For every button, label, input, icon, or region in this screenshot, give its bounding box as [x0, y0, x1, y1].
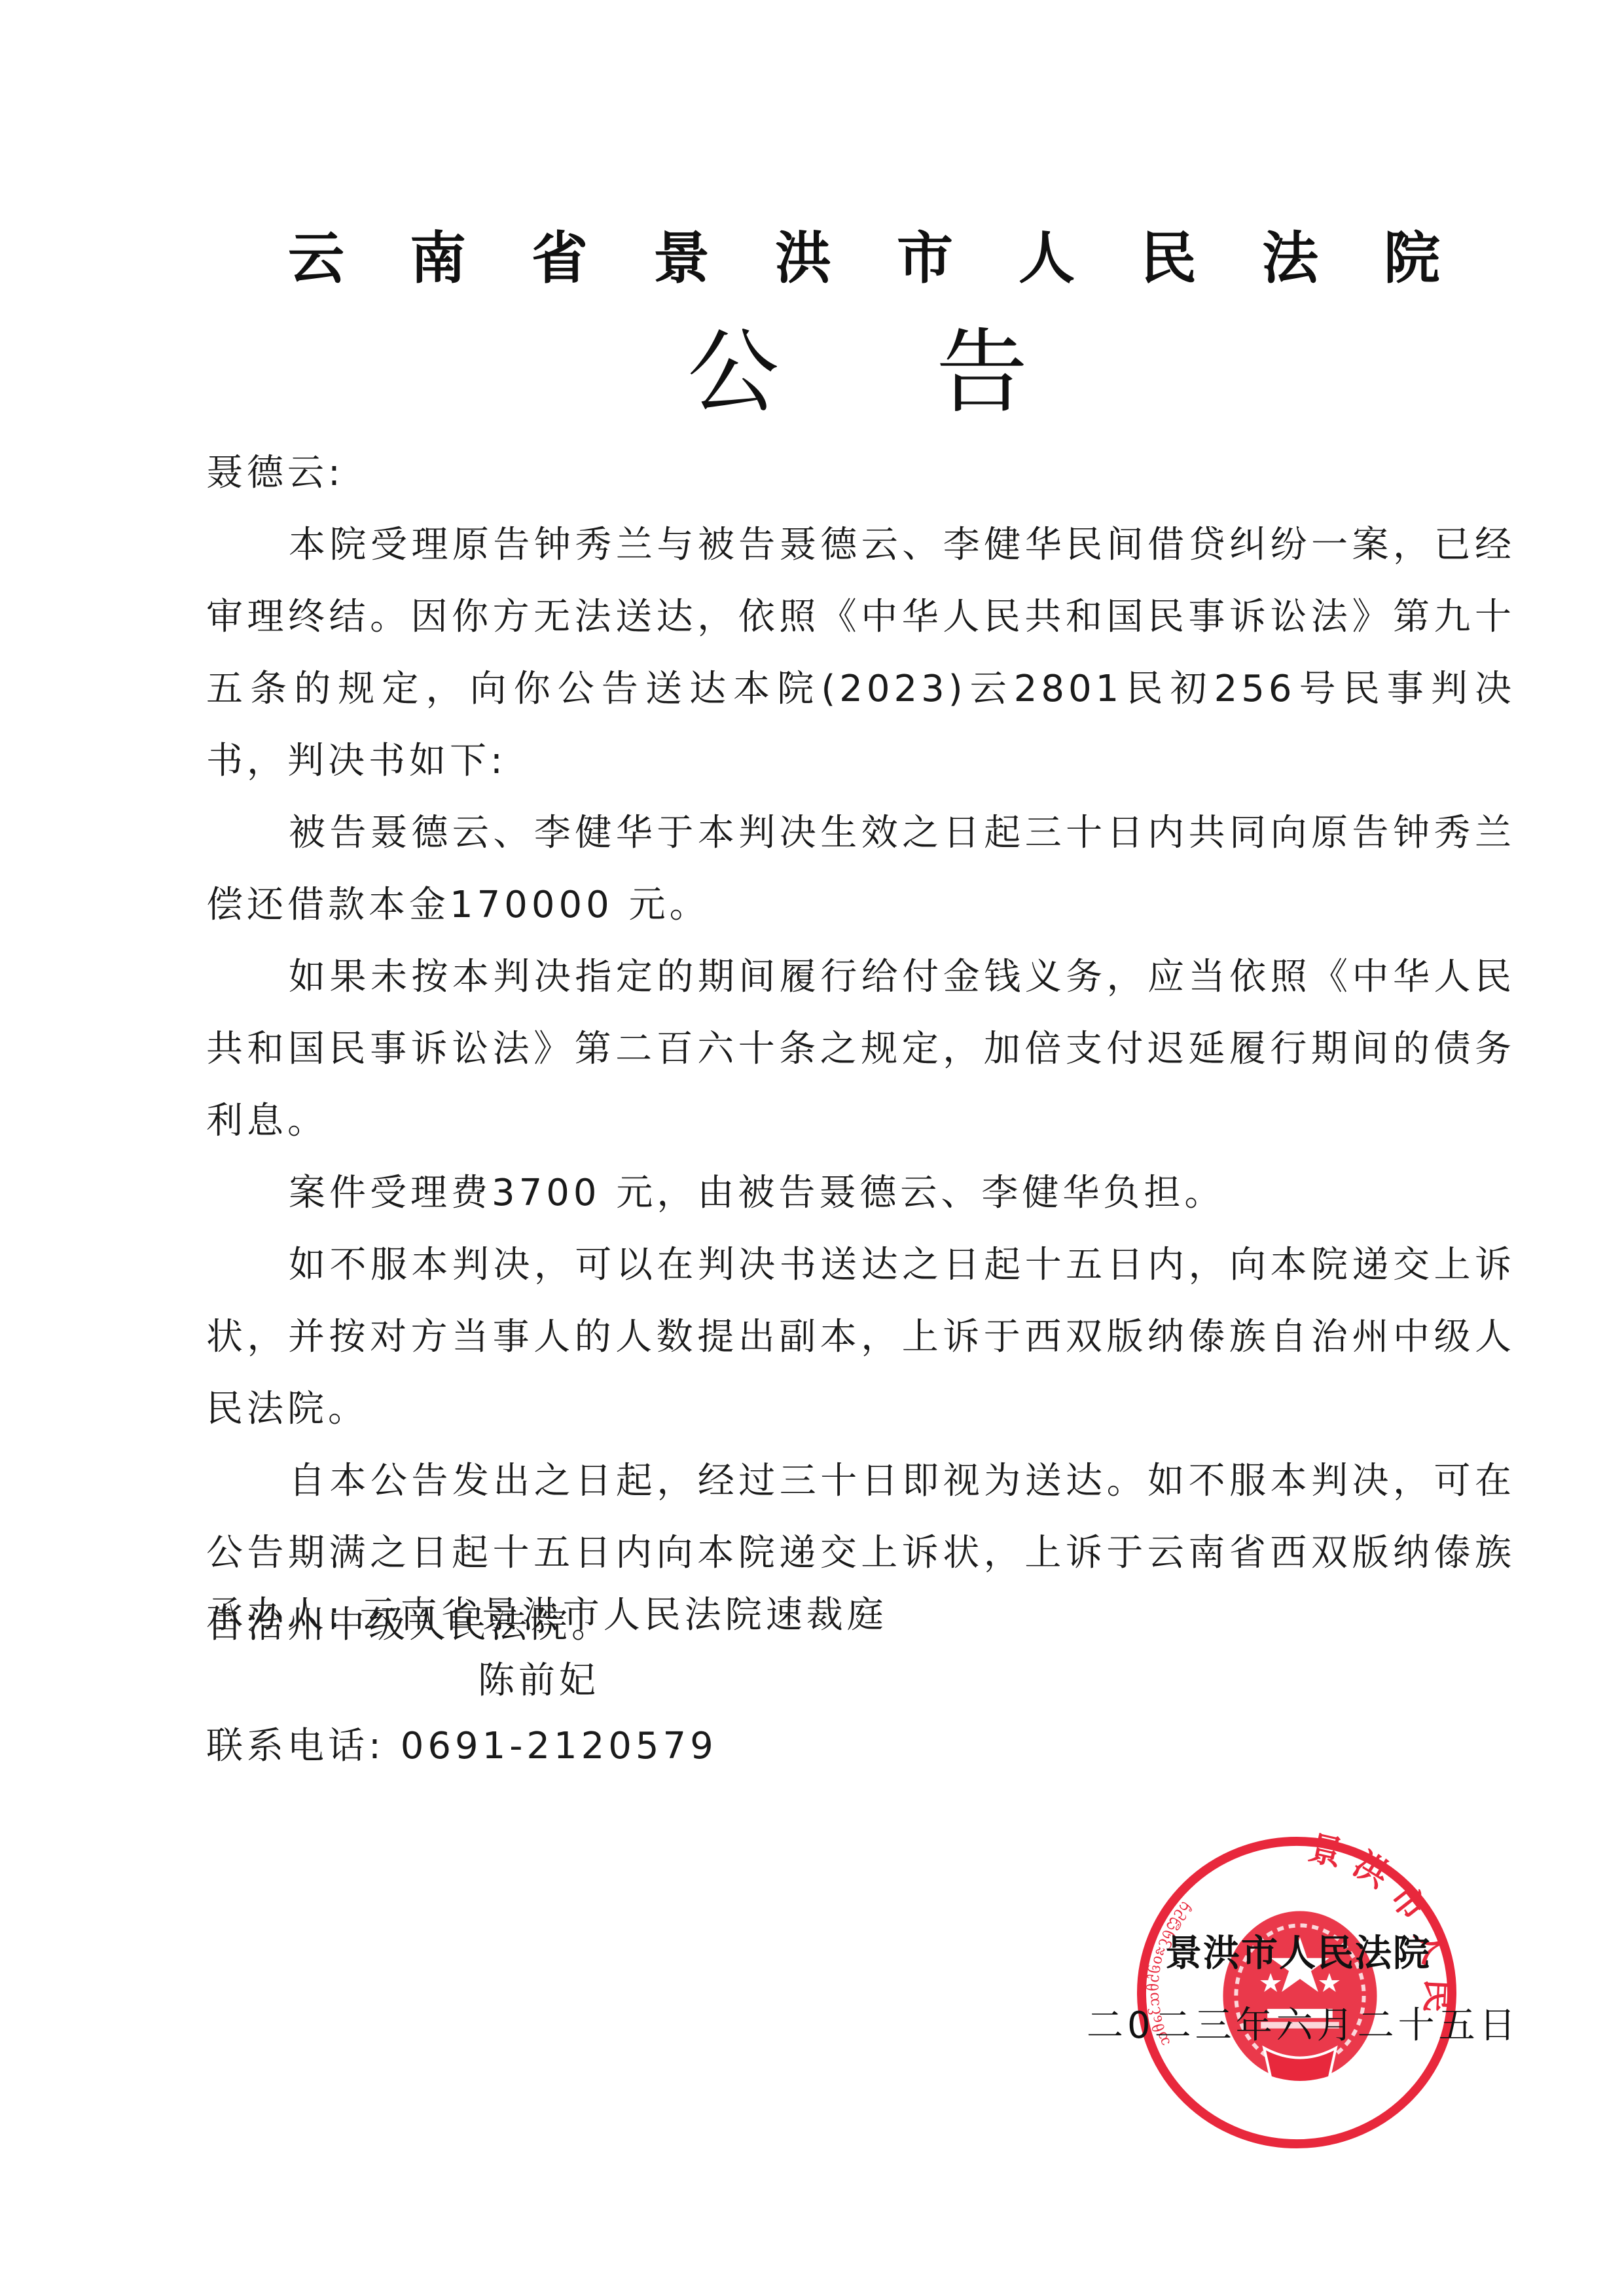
heading-char: 告: [936, 321, 1028, 425]
handler-label: 承办人:: [206, 1594, 344, 1636]
contact-block: 承办人: 云南省景洪市人民法院速裁庭 陈前妃 联系电话: 0691-212057…: [206, 1583, 1123, 1779]
document-page: 云 南 省 景 洪 市 人 民 法 院 公 告 聂德云: 本院受理原告钟秀兰与被…: [0, 0, 1624, 2295]
heading-char: 公: [687, 321, 779, 425]
title-char: 景: [653, 226, 710, 291]
title-char: 民: [1140, 226, 1197, 291]
issue-date: 二0二三年六月二十五日: [1087, 1990, 1506, 2062]
title-char: 法: [1262, 226, 1318, 291]
paragraph-case-intro: 本院受理原告钟秀兰与被告聂德云、李健华民间借贷纠纷一案，已经审理终结。因你方无法…: [206, 509, 1515, 797]
handler-row: 承办人: 云南省景洪市人民法院速裁庭: [206, 1583, 1123, 1648]
phone-row: 联系电话: 0691-2120579: [206, 1714, 1123, 1779]
paragraph-late-interest: 如果未按本判决指定的期间履行给付金钱义务，应当依照《中华人民共和国民事诉讼法》第…: [206, 941, 1515, 1157]
title-char: 院: [1384, 226, 1440, 291]
title-char: 南: [410, 226, 466, 291]
signing-court: 景洪市人民法院: [1087, 1918, 1506, 1990]
paragraph-fee: 案件受理费3700 元，由被告聂德云、李健华负担。: [206, 1157, 1515, 1229]
title-char: 人: [1019, 226, 1075, 291]
phone-label: 联系电话:: [206, 1725, 385, 1767]
phone-number: 0691-2120579: [401, 1725, 717, 1767]
document-type-heading: 公 告: [687, 321, 1028, 425]
paragraph-appeal: 如不服本判决，可以在判决书送达之日起十五日内，向本院递交上诉状，并按对方当事人的…: [206, 1229, 1515, 1445]
notice-body: 聂德云: 本院受理原告钟秀兰与被告聂德云、李健华民间借贷纠纷一案，已经审理终结。…: [206, 437, 1515, 1661]
paragraph-judgment: 被告聂德云、李健华于本判决生效之日起三十日内共同向原告钟秀兰偿还借款本金1700…: [206, 797, 1515, 941]
title-char: 省: [532, 226, 588, 291]
addressee: 聂德云:: [206, 437, 1515, 509]
title-char: 云: [288, 226, 344, 291]
title-char: 洪: [775, 226, 831, 291]
handler-name: 陈前妃: [206, 1648, 1123, 1714]
handler-dept: 云南省景洪市人民法院速裁庭: [360, 1594, 888, 1636]
court-name-title: 云 南 省 景 洪 市 人 民 法 院: [288, 226, 1440, 291]
signature-block: 景洪市人民法院 二0二三年六月二十五日: [1087, 1918, 1506, 2062]
title-char: 市: [897, 226, 953, 291]
